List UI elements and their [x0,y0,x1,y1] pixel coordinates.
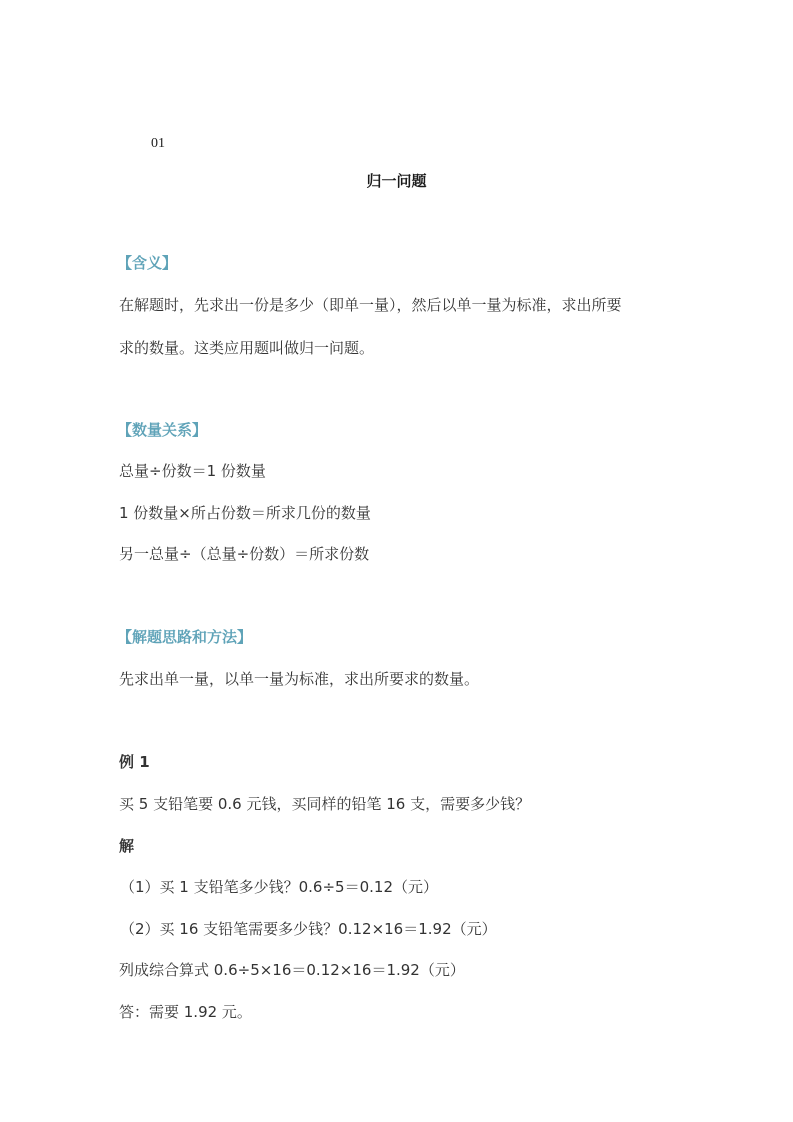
solution-step-2: （2）买 16 支铅笔需要多少钱？0.12×16＝1.92（元） [120,919,497,939]
section-heading-meaning: 【含义】 [117,253,177,273]
relation-formula-1: 总量÷份数＝1 份数量 [119,461,266,481]
section-heading-method: 【解题思路和方法】 [117,627,252,647]
meaning-line-1: 在解题时，先求出一份是多少（即单一量），然后以单一量为标准，求出所要 [119,295,622,315]
document-title: 归一问题 [0,170,793,191]
section-heading-relations: 【数量关系】 [117,420,207,440]
example-label: 例 1 [119,752,150,772]
solution-step-1: （1）买 1 支铅笔多少钱？0.6÷5＝0.12（元） [120,877,438,897]
relation-formula-3: 另一总量÷（总量÷份数）＝所求份数 [119,544,369,564]
combined-formula: 列成综合算式 0.6÷5×16＝0.12×16＝1.92（元） [119,960,465,980]
method-line-1: 先求出单一量，以单一量为标准，求出所要求的数量。 [119,669,479,689]
relation-formula-2: 1 份数量×所占份数＝所求几份的数量 [119,503,371,523]
meaning-line-2: 求的数量。这类应用题叫做归一问题。 [119,338,374,358]
page-number: 01 [151,136,165,152]
example-question: 买 5 支铅笔要 0.6 元钱，买同样的铅笔 16 支，需要多少钱？ [119,794,530,814]
document-title-text: 归一问题 [366,170,426,191]
solution-label: 解 [119,836,134,856]
answer-line: 答：需要 1.92 元。 [119,1002,252,1022]
